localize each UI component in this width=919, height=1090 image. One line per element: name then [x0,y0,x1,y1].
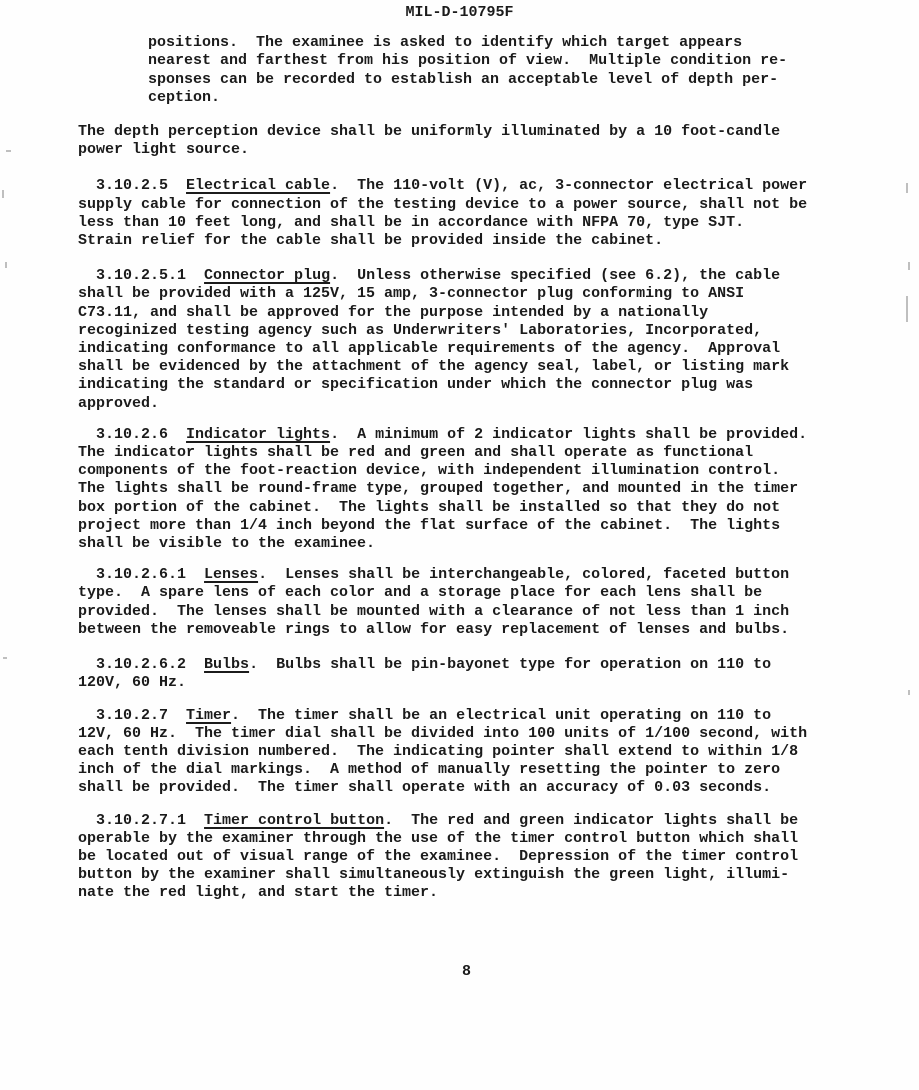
section-heading: Electrical cable [186,177,330,194]
section-heading: Connector plug [204,267,330,284]
scan-artifact [6,150,11,152]
section-timer: 3.10.2.7 Timer. The timer shall be an el… [78,707,889,798]
section-number: 3.10.2.5 [78,177,186,194]
scan-artifact [908,690,910,695]
section-lenses: 3.10.2.6.1 Lenses. Lenses shall be inter… [78,566,889,639]
section-connector-plug: 3.10.2.5.1 Connector plug. Unless otherw… [78,267,889,413]
section-body: . A minimum of 2 indicator lights shall … [78,426,807,552]
section-heading: Bulbs [204,656,249,673]
section-number: 3.10.2.7.1 [78,812,204,829]
section-indicator-lights: 3.10.2.6 Indicator lights. A minimum of … [78,426,889,553]
continuation-paragraph: positions. The examinee is asked to iden… [78,34,889,107]
section-heading: Indicator lights [186,426,330,443]
section-heading: Timer control button [204,812,384,829]
section-number: 3.10.2.6 [78,426,186,443]
section-body: . Unless otherwise specified (see 6.2), … [78,267,789,411]
scan-artifact [2,190,4,198]
section-heading: Lenses [204,566,258,583]
document-page: MIL-D-10795F positions. The examinee is … [0,0,919,1090]
scan-artifact [3,657,7,659]
section-number: 3.10.2.7 [78,707,186,724]
scan-artifact [906,183,908,193]
scan-artifact [5,262,7,268]
section-number: 3.10.2.6.1 [78,566,204,583]
section-number: 3.10.2.6.2 [78,656,204,673]
document-id-header: MIL-D-10795F [0,0,919,22]
section-timer-control-button: 3.10.2.7.1 Timer control button. The red… [78,812,889,903]
page-number: 8 [61,963,872,981]
depth-perception-paragraph: The depth perception device shall be uni… [78,123,889,159]
scan-artifact [908,262,910,270]
scan-artifact [906,296,908,322]
section-bulbs: 3.10.2.6.2 Bulbs. Bulbs shall be pin-bay… [78,656,889,692]
section-number: 3.10.2.5.1 [78,267,204,284]
section-electrical-cable: 3.10.2.5 Electrical cable. The 110-volt … [78,177,889,250]
section-heading: Timer [186,707,231,724]
text-column: positions. The examinee is asked to iden… [0,34,919,981]
